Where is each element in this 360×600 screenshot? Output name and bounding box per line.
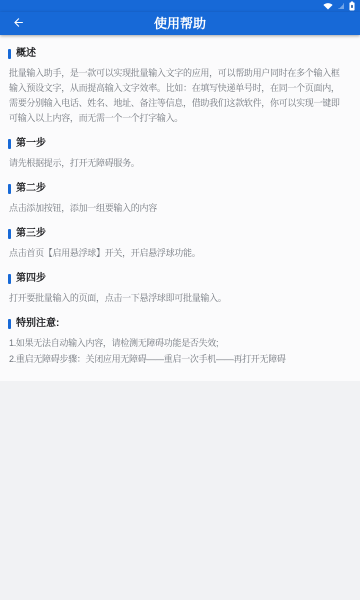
section-body: 点击添加按钮，添加一组要输入的内容 — [8, 201, 352, 216]
section-special-notes: 特别注意: 1.如果无法自动输入内容，请检测无障碍功能是否失效; 2.重启无障碍… — [8, 318, 352, 367]
section-heading: 第四步 — [16, 273, 46, 285]
section-step-3: 第三步 点击首页【启用悬浮球】开关，开启悬浮球功能。 — [8, 228, 352, 261]
body-text: 请先根据提示，打开无障碍服务。 — [9, 156, 348, 171]
section-heading: 第一步 — [16, 138, 46, 150]
accent-bar-icon — [8, 139, 11, 149]
back-button[interactable] — [6, 12, 30, 35]
accent-bar-icon — [8, 184, 11, 194]
body-text: 点击首页【启用悬浮球】开关，开启悬浮球功能。 — [9, 246, 348, 261]
body-text: 批量输入助手，是一款可以实现批量输入文字的应用，可以帮助用户同时在多个输入框输入… — [9, 66, 348, 126]
accent-bar-icon — [8, 49, 11, 59]
body-text: 打开要批量输入的页面，点击一下悬浮球即可批量输入。 — [9, 291, 348, 306]
section-body: 1.如果无法自动输入内容，请检测无障碍功能是否失效; 2.重启无障碍步骤：关闭应… — [8, 336, 352, 367]
help-content: 概述 批量输入助手，是一款可以实现批量输入文字的应用，可以帮助用户同时在多个输入… — [0, 35, 360, 381]
section-body: 请先根据提示，打开无障碍服务。 — [8, 156, 352, 171]
accent-bar-icon — [8, 319, 11, 329]
section-header: 第二步 — [8, 183, 352, 195]
section-body: 打开要批量输入的页面，点击一下悬浮球即可批量输入。 — [8, 291, 352, 306]
battery-icon — [349, 1, 355, 11]
section-body: 批量输入助手，是一款可以实现批量输入文字的应用，可以帮助用户同时在多个输入框输入… — [8, 66, 352, 126]
arrow-left-icon — [12, 16, 25, 32]
wifi-icon — [323, 2, 333, 10]
accent-bar-icon — [8, 274, 11, 284]
section-header: 特别注意: — [8, 318, 352, 330]
section-step-4: 第四步 打开要批量输入的页面，点击一下悬浮球即可批量输入。 — [8, 273, 352, 306]
section-step-1: 第一步 请先根据提示，打开无障碍服务。 — [8, 138, 352, 171]
page-background-filler — [0, 381, 360, 600]
body-text: 点击添加按钮，添加一组要输入的内容 — [9, 201, 348, 216]
section-body: 点击首页【启用悬浮球】开关，开启悬浮球功能。 — [8, 246, 352, 261]
screen: 使用帮助 概述 批量输入助手，是一款可以实现批量输入文字的应用，可以帮助用户同时… — [0, 0, 360, 600]
sim-signal-icon — [337, 2, 345, 10]
section-overview: 概述 批量输入助手，是一款可以实现批量输入文字的应用，可以帮助用户同时在多个输入… — [8, 48, 352, 126]
section-step-2: 第二步 点击添加按钮，添加一组要输入的内容 — [8, 183, 352, 216]
app-bar: 使用帮助 — [0, 12, 360, 35]
section-header: 概述 — [8, 48, 352, 60]
section-heading: 概述 — [16, 48, 36, 60]
accent-bar-icon — [8, 229, 11, 239]
section-header: 第三步 — [8, 228, 352, 240]
status-bar — [0, 0, 360, 12]
body-text: 1.如果无法自动输入内容，请检测无障碍功能是否失效; — [9, 336, 348, 351]
section-heading: 第三步 — [16, 228, 46, 240]
section-heading: 第二步 — [16, 183, 46, 195]
body-text: 2.重启无障碍步骤：关闭应用无障碍——重启一次手机——再打开无障碍 — [9, 352, 348, 367]
section-header: 第四步 — [8, 273, 352, 285]
section-header: 第一步 — [8, 138, 352, 150]
page-title: 使用帮助 — [0, 12, 360, 35]
section-heading: 特别注意: — [16, 318, 59, 330]
